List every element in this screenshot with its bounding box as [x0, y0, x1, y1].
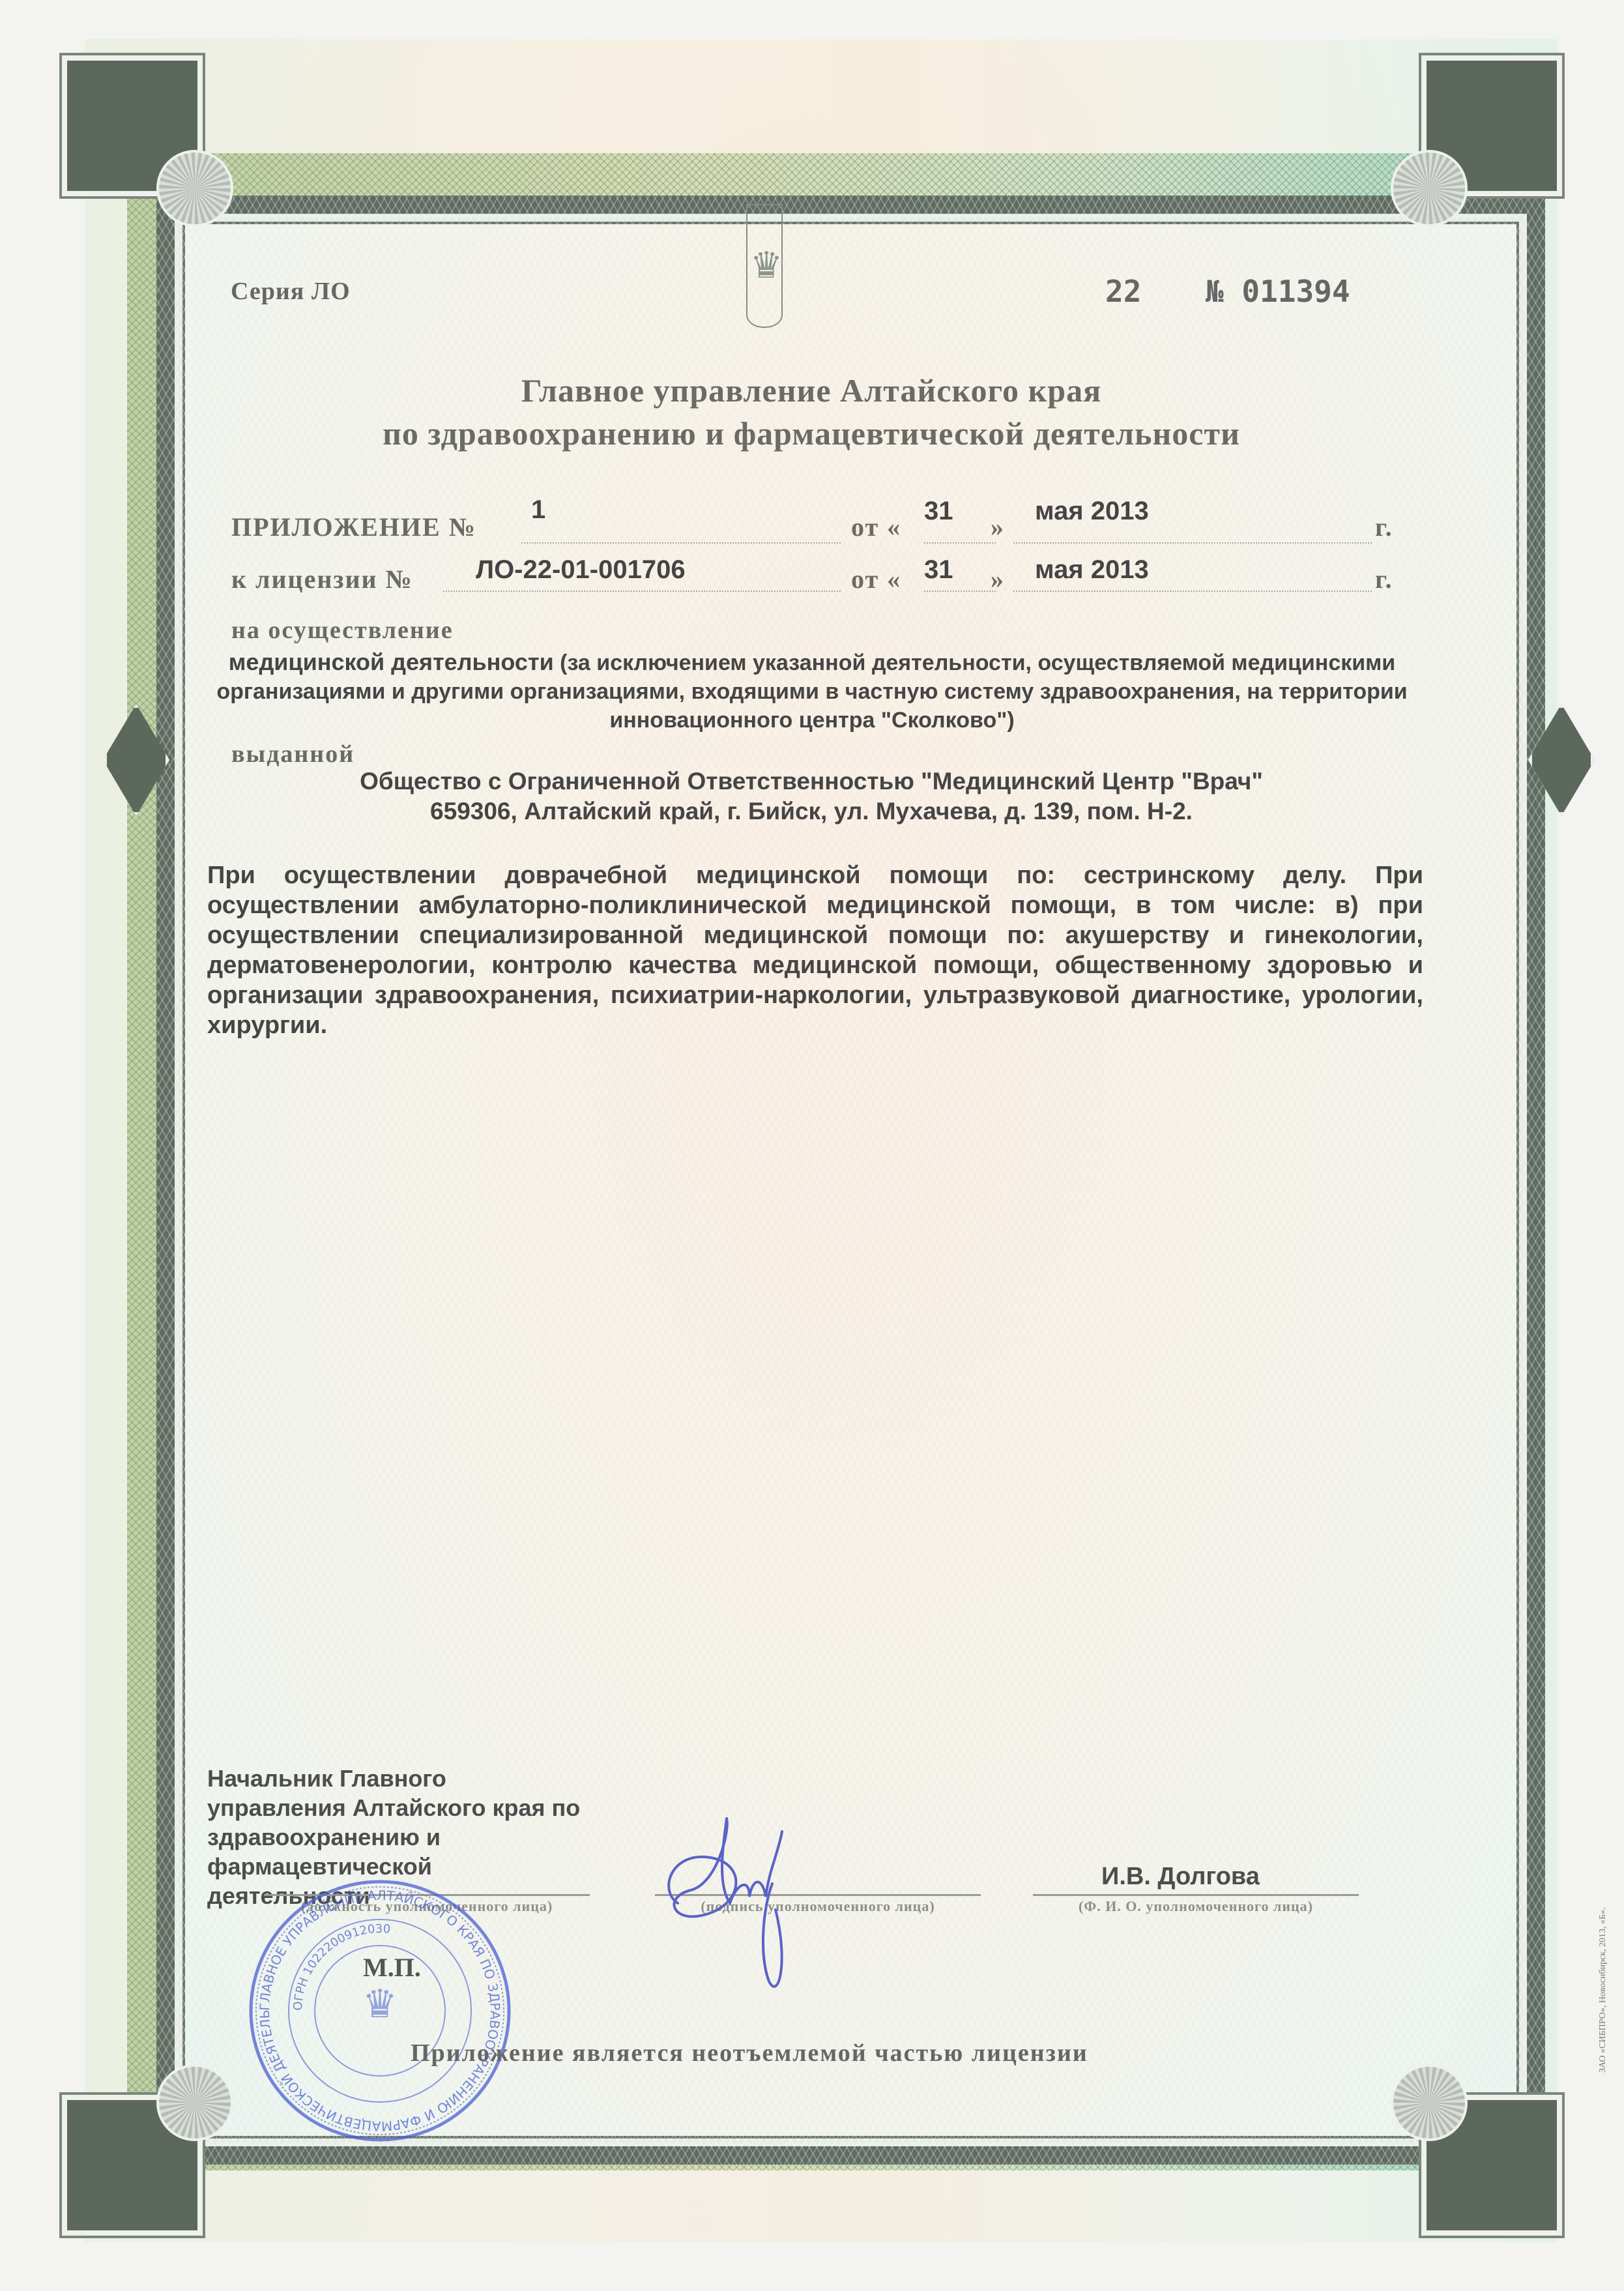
appendix-number: 1 — [531, 495, 545, 525]
official-seal: ГЛАВНОЕ УПРАВЛЕНИЕ АЛТАЙСКОГО КРАЯ ПО ЗД… — [246, 1877, 514, 2144]
license-year-suffix: г. — [1375, 564, 1393, 594]
authority-title-line2: по здравоохранению и фармацевтической де… — [215, 415, 1408, 452]
appendix-day-underline — [924, 542, 996, 544]
appendix-close-quote: » — [991, 512, 1005, 542]
authority-title-line1: Главное управление Алтайского края — [215, 372, 1408, 409]
holder-address: 659306, Алтайский край, г. Бийск, ул. Му… — [215, 796, 1408, 826]
activity-main: медицинской деятельности — [229, 649, 554, 675]
stamp-place-label: М.П. — [363, 1952, 421, 1983]
svg-text:♛: ♛ — [362, 1981, 398, 2027]
issued-label: выданной — [231, 740, 355, 768]
license-day: 31 — [924, 555, 953, 585]
name-line — [1033, 1894, 1359, 1896]
region-code: 22 — [1105, 274, 1141, 309]
appendix-number-underline — [521, 542, 841, 544]
holder-name: Общество с Ограниченной Ответственностью… — [215, 766, 1408, 796]
license-day-underline — [924, 591, 996, 592]
license-close-quote: » — [991, 564, 1005, 594]
handwritten-signature — [652, 1805, 847, 2001]
footer-note: Приложение является неотъемлемой частью … — [411, 2039, 1088, 2067]
license-month-year: мая 2013 — [1035, 555, 1149, 585]
coat-of-arms: ♛ — [746, 204, 783, 328]
activity-label: на осуществление — [231, 616, 454, 645]
appendix-day: 31 — [924, 497, 953, 526]
appendix-year-suffix: г. — [1375, 512, 1393, 542]
appendix-date-underline — [1013, 542, 1372, 544]
activity-description: медицинской деятельности (за исключением… — [212, 648, 1412, 735]
caption-name: (Ф. И. О. уполномоченного лица) — [1033, 1898, 1359, 1915]
document-content: ♛ Серия ЛО 22 № 011394 Главное управлени… — [0, 0, 1624, 2291]
printer-mark: ЗАО «СИБПРО», Новосибирск, 2013, «Б». — [1598, 1907, 1608, 2073]
license-number: ЛО-22-01-001706 — [476, 555, 686, 585]
license-label: к лицензии № — [231, 564, 413, 594]
license-date-underline — [1013, 591, 1372, 592]
appendix-label: ПРИЛОЖЕНИЕ № — [231, 512, 476, 542]
scope-of-services: При осуществлении доврачебной медицинско… — [207, 860, 1423, 1040]
signatory-name: И.В. Долгова — [1101, 1863, 1260, 1891]
appendix-month-year: мая 2013 — [1035, 497, 1149, 526]
license-from-label: от « — [851, 564, 901, 594]
double-headed-eagle-icon: ♛ — [750, 230, 776, 302]
license-holder: Общество с Ограниченной Ответственностью… — [215, 766, 1408, 826]
series-label: Серия ЛО — [231, 277, 351, 306]
license-number-underline — [443, 591, 841, 592]
appendix-from-label: от « — [851, 512, 901, 542]
serial-number: № 011394 — [1206, 274, 1350, 309]
